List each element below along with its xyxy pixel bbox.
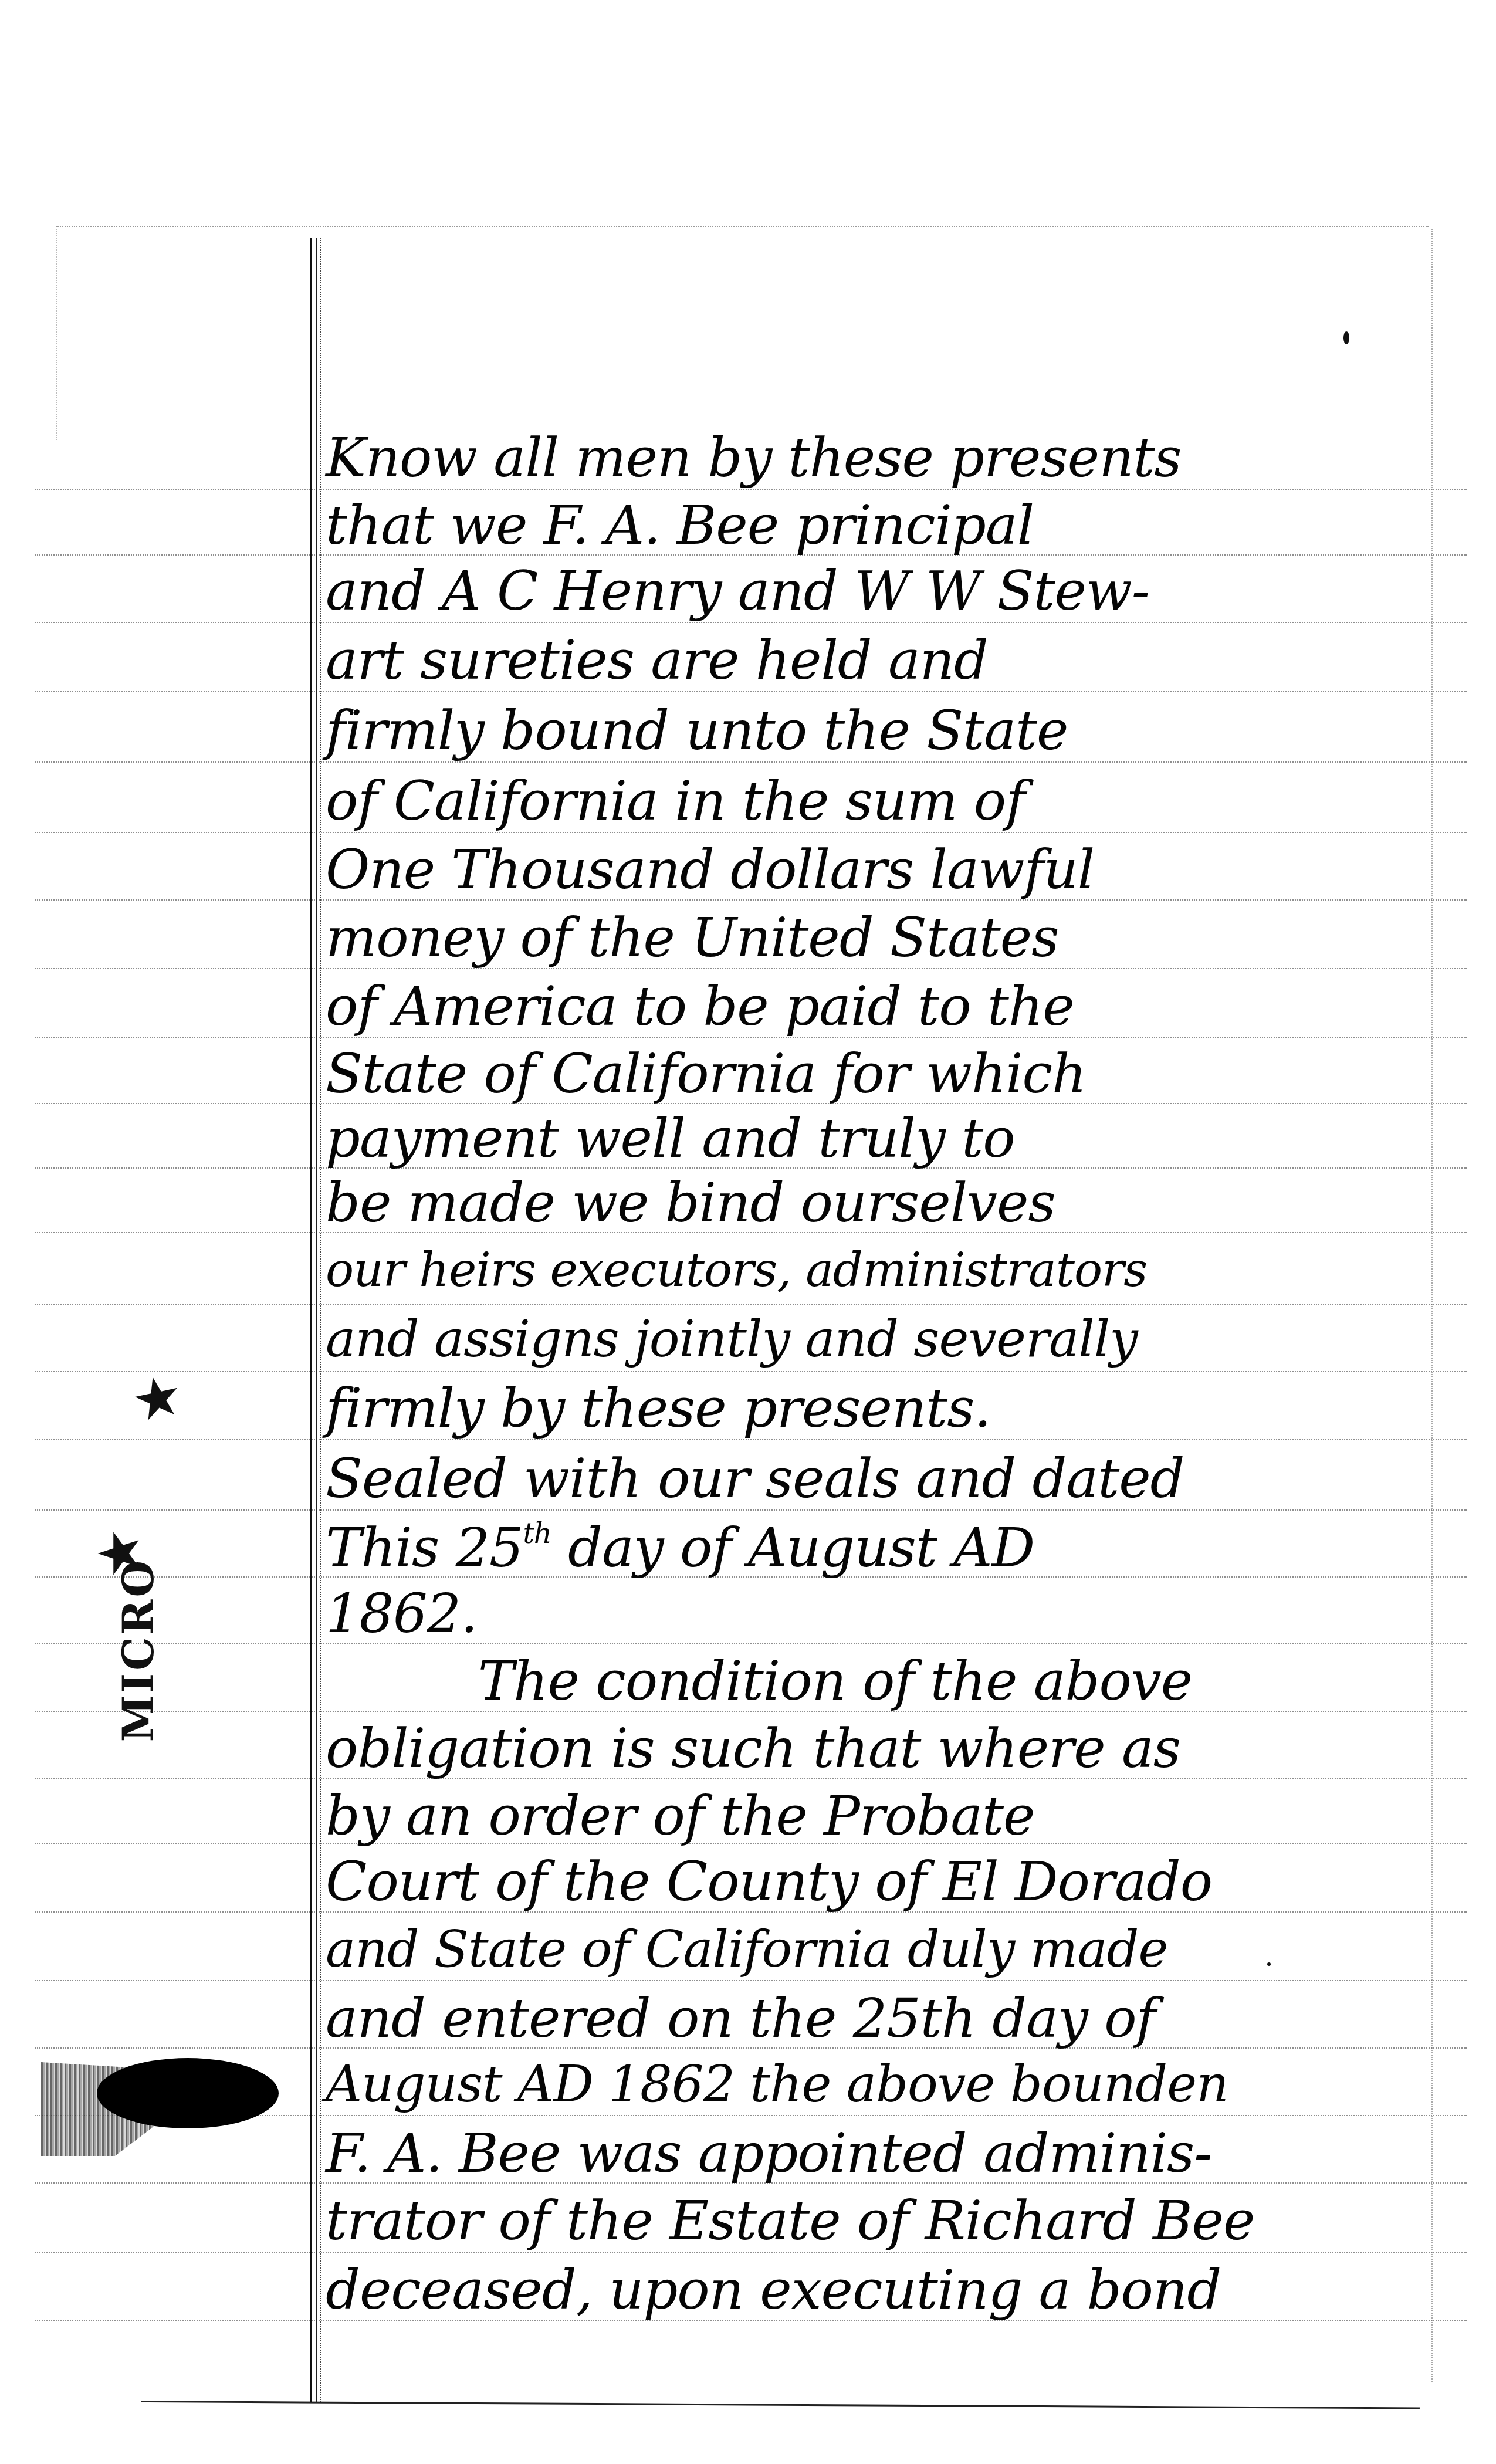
- text-line: firmly bound unto the State: [326, 704, 1429, 758]
- text-line: F. A. Bee was appointed adminis-: [326, 2127, 1429, 2181]
- text-line: One Thousand dollars lawful: [326, 843, 1429, 897]
- page-right-edge: [1431, 229, 1433, 2382]
- margin-rule: [310, 238, 312, 2402]
- date-month: August: [748, 1517, 937, 1579]
- text-line: of America to be paid to the: [326, 980, 1429, 1034]
- text-line: be made we bind ourselves: [326, 1176, 1429, 1230]
- document-page: Know all men by these presents that we F…: [0, 0, 1496, 2464]
- page-left-edge: [56, 229, 57, 440]
- text-line: State of California for which: [326, 1047, 1429, 1101]
- star-icon: ★: [127, 1365, 188, 1431]
- date-prefix: This: [326, 1517, 456, 1579]
- text-line: 1862.: [326, 1587, 1429, 1641]
- micro-stamp: MICRO: [103, 1461, 173, 1836]
- ink-speck: [1343, 331, 1349, 344]
- date-rest: day of: [551, 1517, 748, 1579]
- text-line: money of the United States: [326, 911, 1429, 965]
- star-icon: ★: [91, 1528, 147, 1579]
- text-line: our heirs executors, administrators: [326, 1247, 1429, 1294]
- text-line: Sealed with our seals and dated: [326, 1452, 1429, 1506]
- text-line: and State of California duly made: [326, 1924, 1429, 1975]
- date-era: AD: [953, 1517, 1034, 1579]
- ink-speck: [1267, 1962, 1271, 1966]
- text-line: Court of the County of El Dorado: [326, 1855, 1429, 1909]
- date-line: This 25th day of August AD: [326, 1519, 1429, 1575]
- text-line: firmly by these presents.: [326, 1382, 1429, 1436]
- margin-rule-inner: [316, 238, 317, 2402]
- margin-rule-dotted: [320, 238, 321, 2402]
- page-bottom-edge: [141, 2401, 1420, 2409]
- condition-heading-line: The condition of the above: [326, 1654, 1496, 1708]
- date-day: 25: [456, 1517, 523, 1579]
- text-line: and assigns jointly and severally: [326, 1314, 1429, 1365]
- text-line: August AD 1862 the above bounden: [326, 2059, 1429, 2110]
- text-line: and A C Henry and W W Stew-: [326, 564, 1429, 618]
- text-line: deceased, upon executing a bond: [326, 2263, 1429, 2317]
- ink-blot: [97, 2058, 279, 2128]
- date-ordinal: th: [523, 1517, 551, 1550]
- text-line: art sureties are held and: [326, 634, 1429, 688]
- text-line: payment well and truly to: [326, 1112, 1429, 1166]
- text-line: trator of the Estate of Richard Bee: [326, 2194, 1429, 2248]
- text-line: of California in the sum of: [326, 774, 1429, 828]
- text-line: by an order of the Probate: [326, 1789, 1429, 1843]
- text-line: that we F. A. Bee principal: [326, 499, 1429, 553]
- text-line: and entered on the 25th day of: [326, 1992, 1429, 2046]
- page-top-edge: [56, 226, 1429, 227]
- text-line: Know all men by these presents: [326, 431, 1429, 485]
- text-line: obligation is such that where as: [326, 1722, 1429, 1776]
